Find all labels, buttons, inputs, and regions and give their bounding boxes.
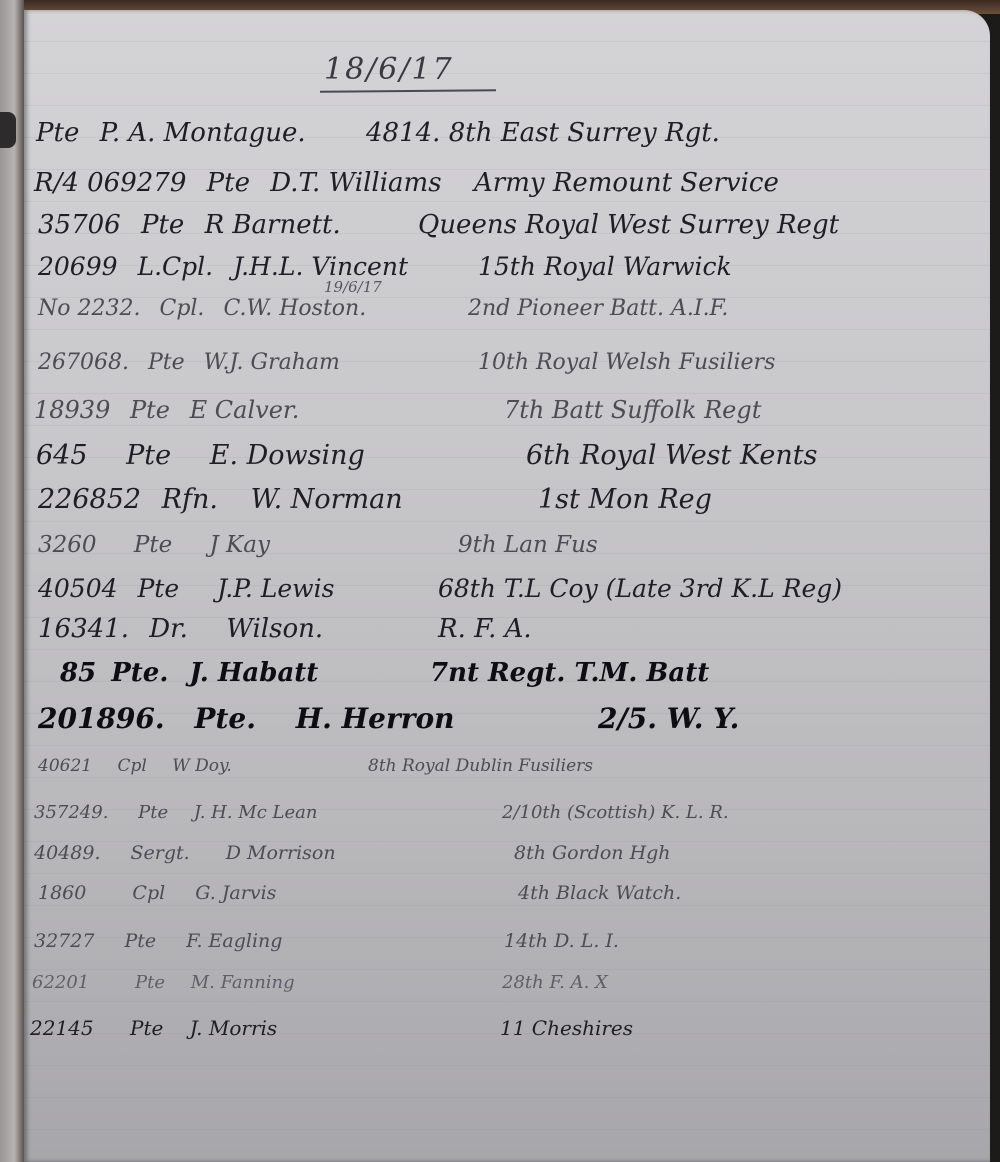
entry-unit: 28th F. A. X [502,972,608,993]
entry-unit: 4th Black Watch. [518,882,681,904]
entry-number: 16341. [38,614,129,644]
register-entry: 40621 Cpl W Doy. 8th Royal Dublin Fusili… [38,756,232,776]
entry-unit: 14th D. L. I. [504,930,619,952]
entry-name: J.H.L. Vincent [233,252,408,281]
register-entry: 32727 Pte F. Eagling 14th D. L. I. [34,930,282,952]
entry-unit: R. F. A. [438,614,532,644]
entry-rank: Pte [135,972,165,993]
entry-number: 62201 [32,972,89,993]
register-entry: 645 Pte E. Dowsing 6th Royal West Kents [36,440,365,471]
entry-unit: 68th T.L Coy (Late 3rd K.L Reg) [438,574,842,603]
entry-rank: Pte [125,930,157,952]
entry-number: 201896. [38,702,165,735]
entry-rank: Pte [130,1016,163,1040]
register-entry: 20699 L.Cpl. J.H.L. Vincent 15th Royal W… [38,252,408,281]
entry-name: W.J. Graham [204,350,340,375]
entry-name: D Morrison [226,842,336,864]
entry-unit: 2nd Pioneer Batt. A.I.F. [468,296,728,321]
entry-unit: 10th Royal Welsh Fusiliers [478,350,775,375]
entry-unit: Queens Royal West Surrey Regt [418,210,839,240]
entry-name: J. Habatt [189,658,318,688]
register-entry: 62201 Pte M. Fanning 28th F. A. X [32,972,295,993]
entry-rank: Cpl. [159,296,204,321]
entry-unit: 11 Cheshires [500,1016,633,1040]
entry-number: R/4 069279 [34,168,186,198]
entry-unit: 8th Gordon Hgh [514,842,671,864]
entry-name: C.W. Hoston. [223,296,366,321]
entry-rank: Pte. [111,658,168,688]
entry-name: D.T. Williams [270,168,441,198]
entry-name: R Barnett. [205,210,341,240]
date-heading: 18/6/17 [324,52,454,87]
entry-unit: 8th Royal Dublin Fusiliers [368,756,593,776]
entry-unit: 9th Lan Fus [458,532,598,558]
entry-name: Wilson. [226,614,323,644]
entry-rank: Cpl [132,882,165,904]
entry-unit: 2/5. W. Y. [598,702,739,735]
entry-name: E Calver. [190,396,300,424]
entry-number: No 2232. [38,296,140,321]
entry-rank: Pte [148,350,185,375]
entry-rank: Pte [137,574,179,603]
register-entry: 3260 Pte J Kay 9th Lan Fus [38,532,270,558]
entry-rank: Cpl [118,756,147,776]
entry-number: 3260 [38,532,97,558]
entry-name: J Kay [210,532,270,558]
entry-name: G. Jarvis [195,882,276,904]
entry-name: M. Fanning [191,972,295,993]
entry-unit: 7nt Regt. T.M. Batt [430,658,709,688]
register-entry: Pte P. A. Montague. 4814. 8th East Surre… [36,118,306,148]
entry-rank: Rfn. [162,484,218,515]
entry-rank: Sergt. [131,842,190,864]
entry-name: J.P. Lewis [217,574,334,603]
page-tab-mark [0,112,16,148]
date-underline [320,89,496,93]
entry-number: 267068. [38,350,129,375]
entry-number: 1860 [38,882,86,904]
entry-number: 20699 [38,252,118,281]
register-entry: 226852 Rfn. W. Norman 1st Mon Reg [38,484,403,515]
register-entry: 40489. Sergt. D Morrison 8th Gordon Hgh [34,842,336,864]
entry-rank: L.Cpl. [137,252,213,281]
entry-number: 22145 [30,1016,94,1040]
register-entry: 267068. Pte W.J. Graham 10th Royal Welsh… [38,350,340,375]
register-entry: 35706 Pte R Barnett. Queens Royal West S… [38,210,341,240]
entry-rank: Pte. [194,702,256,735]
entry-rank: Pte [138,802,168,823]
notebook-page: 18/6/17 Pte P. A. Montague. 4814. 8th Ea… [24,10,990,1162]
entry-rank: Pte [36,118,79,148]
entry-name: F. Eagling [186,930,282,952]
register-entry: R/4 069279 Pte D.T. Williams Army Remoun… [34,168,442,198]
entry-number: 85 [60,658,96,688]
register-entry: 40504 Pte J.P. Lewis 68th T.L Coy (Late … [38,574,334,603]
entry-number: 645 [36,440,88,471]
entry-rank: Pte [126,440,171,471]
entry-number: 40621 [38,756,92,776]
register-entry: 16341. Dr. Wilson. R. F. A. [38,614,323,644]
entry-number: 18939 [34,396,110,424]
entry-number: 40504 [38,574,118,603]
entry-rank: Pte [130,396,170,424]
register-entry: 85 Pte. J. Habatt 7nt Regt. T.M. Batt [60,658,318,688]
entry-rank: Pte [141,210,184,240]
entry-unit: 7th Batt Suffolk Regt [504,396,761,424]
entry-insert-date: 19/6/17 [324,278,382,296]
entry-rank: Pte [134,532,172,558]
entry-unit: 1st Mon Reg [538,484,712,515]
register-entry: 18939 Pte E Calver. 7th Batt Suffolk Reg… [34,396,299,424]
entry-unit: Army Remount Service [474,168,779,198]
entry-name: W Doy. [172,756,232,776]
entry-unit: 4814. 8th East Surrey Rgt. [366,118,720,148]
entry-rank: Dr. [149,614,188,644]
entry-number: 357249. [34,802,108,823]
register-entry: 357249. Pte J. H. Mc Lean 2/10th (Scotti… [34,802,317,823]
entry-name: J. H. Mc Lean [194,802,318,823]
entry-number: 40489. [34,842,100,864]
entry-name: P. A. Montague. [100,118,306,148]
register-entry: 1860 Cpl G. Jarvis 4th Black Watch. [38,882,276,904]
register-entry: 22145 Pte J. Morris 11 Cheshires [30,1016,277,1040]
entry-unit: 15th Royal Warwick [478,252,732,281]
entry-unit: 2/10th (Scottish) K. L. R. [502,802,729,823]
entry-rank: Pte [207,168,250,198]
entry-number: 32727 [34,930,94,952]
register-entry: 201896. Pte. H. Herron 2/5. W. Y. [38,702,454,735]
entry-name: J. Morris [190,1016,277,1040]
register-entry: No 2232. Cpl. C.W. Hoston. 2nd Pioneer B… [38,296,366,321]
entry-number: 226852 [38,484,141,515]
entry-unit: 6th Royal West Kents [526,440,818,471]
entry-name: W. Norman [251,484,403,515]
entry-name: E. Dowsing [210,440,365,471]
entry-name: H. Herron [296,702,455,735]
notebook-binding [0,0,24,1162]
entry-number: 35706 [38,210,121,240]
